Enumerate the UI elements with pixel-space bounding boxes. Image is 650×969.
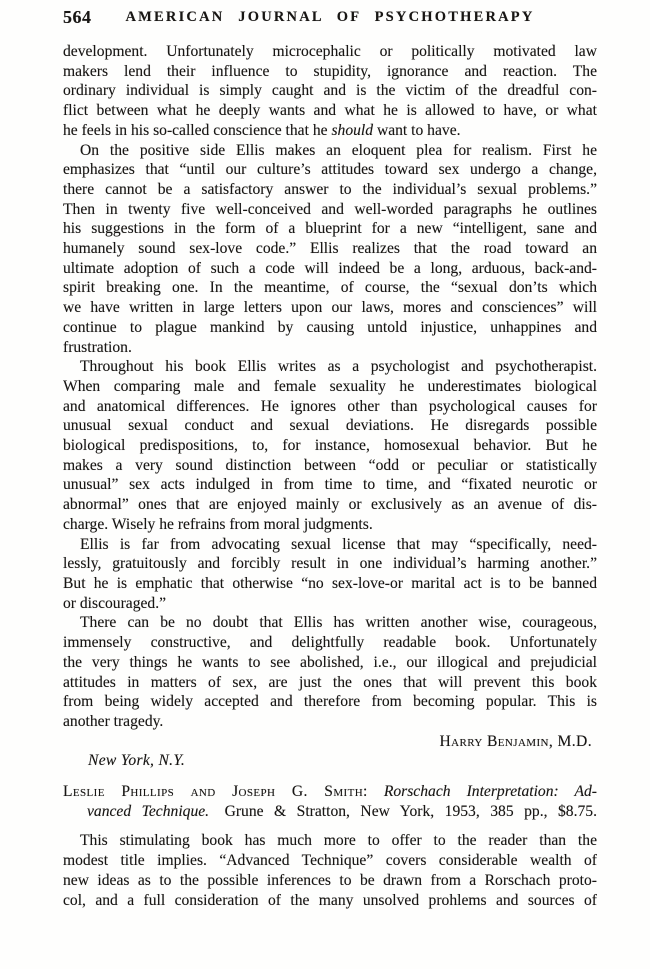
citation-imprint: Grune & Stratton, New York, 1953, 385 pp… [225, 803, 597, 820]
text-line: Then in twenty five well-conceived and w… [63, 200, 597, 220]
citation-authors: Leslie Phillips and Joseph G. Smith: [63, 783, 368, 800]
text-line: another tragedy. [63, 712, 597, 732]
paragraph: development. Unfortunately microcephalic… [63, 42, 597, 141]
paragraph: Ellis is far from advocating sexual lice… [63, 535, 597, 614]
text-line: makes a very sound distinction between “… [63, 456, 597, 476]
page-body: development. Unfortunately microcephalic… [63, 42, 597, 910]
text-line: spirit breaking one. In the meantime, of… [63, 278, 597, 298]
text-line: unusual sexual conduct and sexual deviat… [63, 416, 597, 436]
text-line: his suggestions in the form of a bluepri… [63, 219, 597, 239]
citation-title-part1: Rorschach Interpretation: Ad- [384, 783, 597, 800]
text-line: ordinary individual is simply caught and… [63, 81, 597, 101]
text-line: abnormal” ones that are enjoyed mainly o… [63, 495, 597, 515]
text-line: When comparing male and female sexuality… [63, 377, 597, 397]
text-line: Ellis is far from advocating sexual lice… [63, 535, 597, 555]
page-number: 564 [63, 7, 92, 28]
text-line: ultimate adoption of such a code will in… [63, 259, 597, 279]
text-line: attitudes in matters of sex, are just th… [63, 673, 597, 693]
text-line: But he is emphatic that otherwise “no se… [63, 574, 597, 594]
text-line: or discouraged.” [63, 594, 597, 614]
text-line: we have written in large letters upon ou… [63, 298, 597, 318]
reviewer-location: New York, N.Y. [63, 751, 597, 771]
citation-title-part2: vanced Technique. [87, 803, 209, 820]
text-line: new ideas as to the possible inferences … [63, 871, 597, 891]
paragraph: There can be no doubt that Ellis has wri… [63, 613, 597, 731]
text-line: the very things he wants to see abolishe… [63, 653, 597, 673]
text-line: On the positive side Ellis makes an eloq… [63, 141, 597, 161]
citation-line: Leslie Phillips and Joseph G. Smith: Ror… [63, 782, 597, 802]
text-line: he feels in his so-called conscience tha… [63, 121, 597, 141]
reviewer-signature: Harry Benjamin, M.D. [63, 732, 597, 752]
paragraph: This stimulating book has much more to o… [63, 831, 597, 910]
text-line: biological predispositions, to, for inst… [63, 436, 597, 456]
paragraph: On the positive side Ellis makes an eloq… [63, 141, 597, 358]
text-line: humanely sound sex-love code.” Ellis rea… [63, 239, 597, 259]
review-ellis: development. Unfortunately microcephalic… [63, 42, 597, 771]
text-line: modest title implies. “Advanced Techniqu… [63, 851, 597, 871]
page-header: 564 AMERICAN JOURNAL OF PSYCHOTHERAPY [63, 7, 597, 29]
text-line: unusual” sex acts indulged in from time … [63, 475, 597, 495]
journal-title: AMERICAN JOURNAL OF PSYCHOTHERAPY [63, 7, 597, 26]
text-line: there cannot be a satisfactory answer to… [63, 180, 597, 200]
text-line: lessly, gratuitously and forcibly result… [63, 554, 597, 574]
text-line: flict between what he deeply wants and w… [63, 101, 597, 121]
review-phillips-smith: Leslie Phillips and Joseph G. Smith: Ror… [63, 782, 597, 910]
text-line: frustration. [63, 338, 597, 358]
citation-line: vanced Technique. Grune & Stratton, New … [63, 802, 597, 822]
text-line: and anatomical differences. He ignores o… [63, 397, 597, 417]
text-line: continue to plague mankind by causing un… [63, 318, 597, 338]
text-line: charge. Wisely he refrains from moral ju… [63, 515, 597, 535]
text-line: makers lend their influence to stupidity… [63, 62, 597, 82]
paragraph: Throughout his book Ellis writes as a ps… [63, 357, 597, 534]
text-line: This stimulating book has much more to o… [63, 831, 597, 851]
text-line: immensely constructive, and delightfully… [63, 633, 597, 653]
text-line: Throughout his book Ellis writes as a ps… [63, 357, 597, 377]
book-citation: Leslie Phillips and Joseph G. Smith: Ror… [63, 782, 597, 821]
text-line: development. Unfortunately microcephalic… [63, 42, 597, 62]
scanned-journal-page: 564 AMERICAN JOURNAL OF PSYCHOTHERAPY de… [0, 0, 650, 969]
text-line: There can be no doubt that Ellis has wri… [63, 613, 597, 633]
text-line: col, and a full consideration of the man… [63, 891, 597, 911]
text-line: emphasizes that “until our culture’s att… [63, 160, 597, 180]
text-line: from being widely accepted and therefore… [63, 692, 597, 712]
